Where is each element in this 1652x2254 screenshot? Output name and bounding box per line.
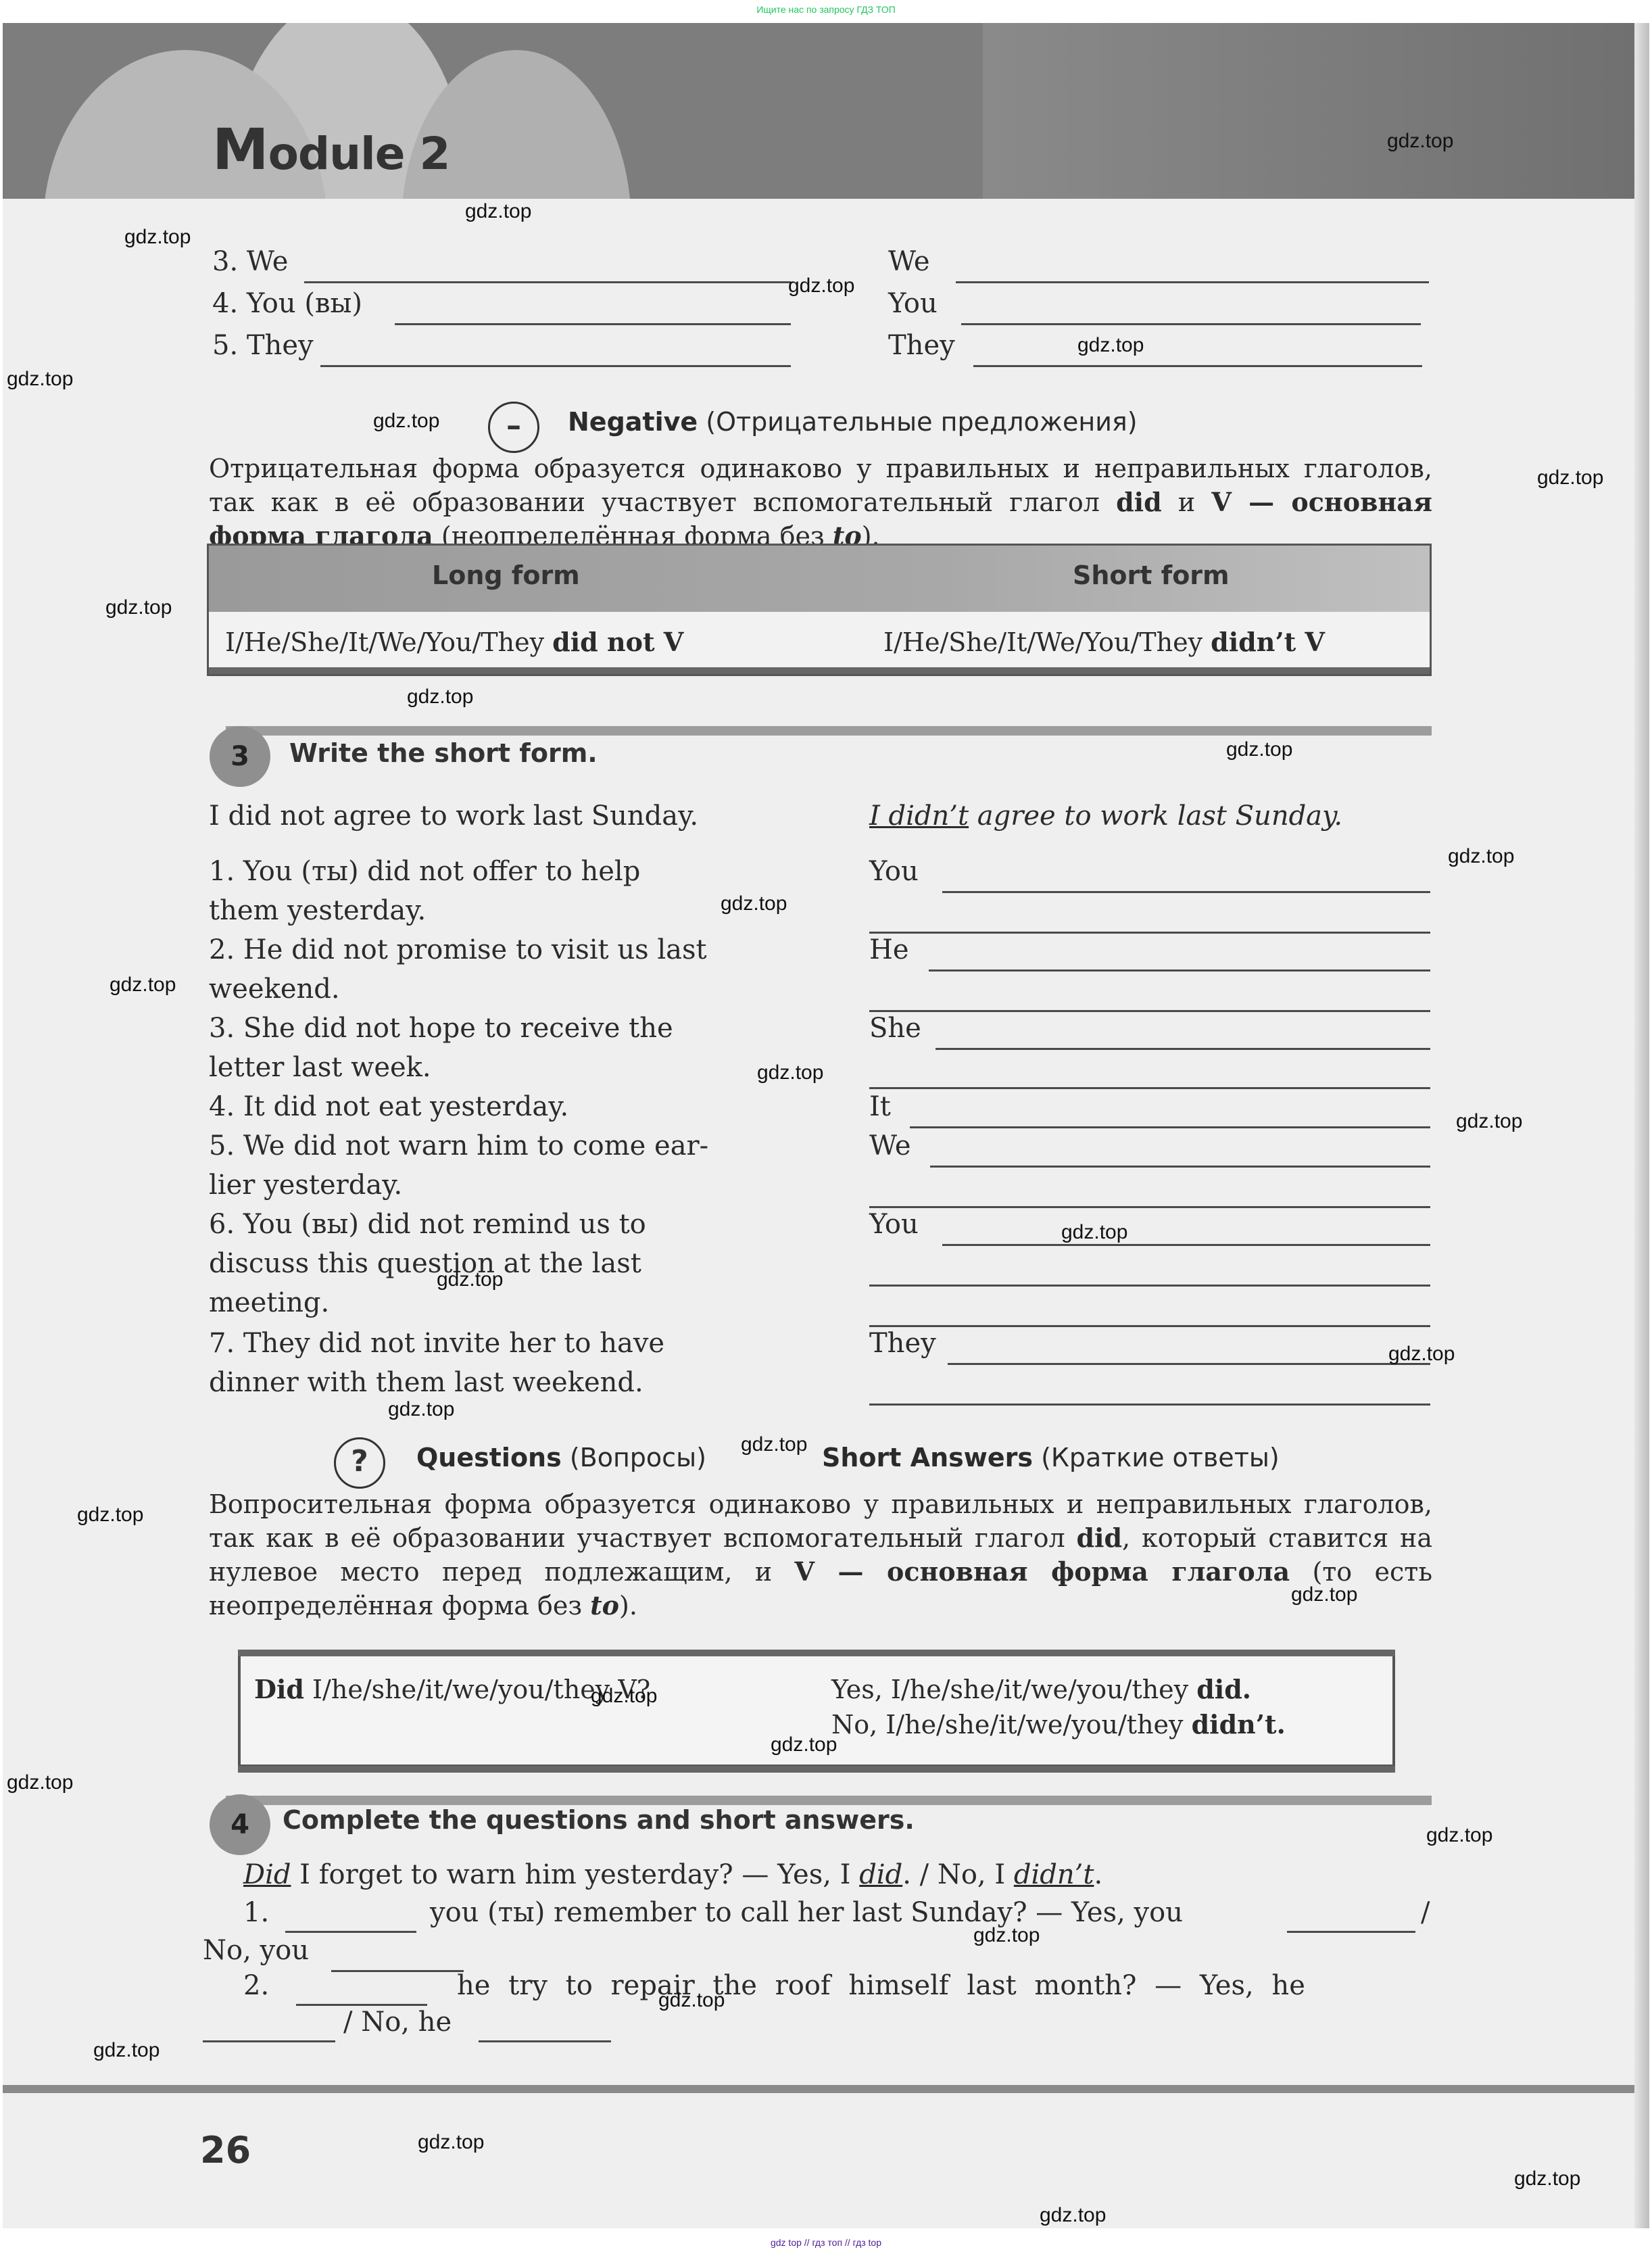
watermark: gdz.top: [1040, 2204, 1106, 2227]
answer-line[interactable]: [869, 1010, 1430, 1012]
answer-line[interactable]: [296, 2004, 427, 2006]
exercise-item: No, you: [203, 1935, 309, 1966]
watermark: gdz.top: [388, 1398, 454, 1421]
exercise-item: letter last week.: [209, 1052, 431, 1083]
answer-subject: It: [869, 1091, 891, 1122]
prev-item-right: You: [888, 288, 938, 319]
answer-line[interactable]: [936, 1048, 1430, 1050]
answer-line[interactable]: [1287, 1931, 1415, 1933]
exercise-item: 1. You (ты) did not offer to help: [209, 856, 640, 887]
exercise-title: Write the short form.: [289, 738, 598, 768]
watermark: gdz.top: [1077, 334, 1144, 357]
watermark: gdz.top: [591, 1685, 657, 1708]
exercise-item: 6. You (вы) did not remind us to: [209, 1209, 646, 1240]
prev-item-left: 4. You (вы): [212, 288, 362, 319]
watermark: gdz.top: [1387, 130, 1453, 153]
exercise-item: / No, he: [343, 2007, 452, 2038]
prev-item-right: They: [888, 330, 955, 361]
watermark: gdz.top: [437, 1268, 503, 1291]
questions-explanation: Вопросительная форма образуется одинаков…: [209, 1487, 1432, 1623]
column-header-short-form: Short form: [1073, 560, 1230, 590]
example-sentence: I did not agree to work last Sunday.: [209, 800, 698, 832]
watermark: gdz.top: [658, 1989, 725, 2012]
column-header-long-form: Long form: [432, 560, 580, 590]
watermark: gdz.top: [465, 200, 531, 223]
answer-line[interactable]: [869, 932, 1430, 934]
long-form-cell: I/He/She/It/We/You/They did not V: [225, 627, 683, 657]
watermark: gdz.top: [973, 1924, 1040, 1947]
exercise-item: 4. It did not eat yesterday.: [209, 1091, 568, 1122]
module-title: Module 2: [212, 116, 450, 183]
answer-line[interactable]: [331, 1970, 464, 1972]
watermark: gdz.top: [1291, 1583, 1357, 1606]
exercise-item: weekend.: [209, 974, 340, 1005]
exercise-item: 5. We did not warn him to come ear-: [209, 1130, 708, 1161]
example-question: Did I forget to warn him yesterday? — Ye…: [243, 1859, 1102, 1890]
watermark: gdz.top: [93, 2039, 160, 2062]
negative-explanation: Отрицательная форма образуется одинаково…: [209, 452, 1432, 553]
answer-line[interactable]: [961, 323, 1421, 325]
watermark: gdz.top: [1456, 1110, 1522, 1133]
answer-line[interactable]: [869, 1404, 1430, 1406]
watermark: gdz.top: [1061, 1221, 1127, 1244]
answer-line[interactable]: [910, 1126, 1430, 1128]
answer-subject: We: [869, 1130, 911, 1161]
answer-subject: They: [869, 1328, 936, 1359]
answer-subject: You: [869, 1209, 919, 1240]
exercise-item-number: 1.: [243, 1897, 269, 1928]
answer-line[interactable]: [942, 1244, 1430, 1246]
page-edge: [1634, 23, 1649, 2228]
answer-line[interactable]: [869, 1087, 1430, 1089]
answer-subject: You: [869, 856, 919, 887]
answer-line[interactable]: [930, 1166, 1430, 1168]
yes-answer-cell: Yes, I/he/she/it/we/you/they did.: [831, 1674, 1251, 1704]
watermark: gdz.top: [1448, 845, 1514, 868]
watermark: gdz.top: [1226, 738, 1292, 761]
short-answers-heading: Short Answers (Краткие ответы): [822, 1443, 1280, 1472]
exercise-divider: [226, 1796, 1432, 1805]
exercise-item: you (ты) remember to call her last Sunda…: [430, 1897, 1183, 1928]
answer-line[interactable]: [395, 323, 791, 325]
watermark: gdz.top: [418, 2131, 484, 2154]
short-form-cell: I/He/She/It/We/You/They didn’t V: [883, 627, 1325, 657]
negative-forms-table: Long form Short form I/He/She/It/We/You/…: [207, 544, 1432, 676]
separator: /: [1421, 1897, 1430, 1928]
answer-line[interactable]: [869, 1325, 1430, 1327]
watermark: gdz.top: [1537, 466, 1603, 489]
exercise-item: 7. They did not invite her to have: [209, 1328, 664, 1359]
exercise-item: 3. She did not hope to receive the: [209, 1013, 673, 1044]
answer-line[interactable]: [869, 1206, 1430, 1208]
watermark: gdz.top: [788, 274, 854, 297]
watermark: gdz.top: [7, 368, 73, 391]
site-footer-banner: gdz top // гдз топ // гдз top: [0, 2231, 1652, 2254]
answer-line[interactable]: [320, 365, 791, 367]
page-number: 26: [200, 2129, 251, 2172]
module-header: Module 2: [3, 23, 1634, 199]
answer-line[interactable]: [479, 2040, 611, 2042]
watermark: gdz.top: [1388, 1343, 1455, 1366]
exercise-item: he try to repair the roof himself last m…: [457, 1970, 1305, 2001]
exercise-title: Complete the questions and short answers…: [283, 1805, 915, 1835]
exercise-item: lier yesterday.: [209, 1170, 402, 1201]
watermark: gdz.top: [373, 410, 439, 433]
exercise-item: dinner with them last weekend.: [209, 1367, 643, 1398]
watermark: gdz.top: [771, 1733, 837, 1756]
negative-heading: Negative (Отрицательные предложения): [568, 407, 1138, 437]
exercise-number-badge: 3: [210, 726, 270, 787]
watermark: gdz.top: [105, 596, 172, 619]
watermark: gdz.top: [77, 1504, 143, 1527]
watermark: gdz.top: [407, 686, 473, 709]
answer-subject: She: [869, 1013, 921, 1044]
search-banner: Ищите нас по запросу ГДЗ ТОП: [0, 0, 1652, 20]
watermark: gdz.top: [741, 1433, 807, 1456]
example-answer: I didn’t agree to work last Sunday.: [869, 800, 1342, 832]
watermark: gdz.top: [1514, 2167, 1580, 2190]
question-circle-icon: ?: [334, 1437, 385, 1489]
exercise-item: 2. He did not promise to visit us last: [209, 934, 707, 965]
exercise-divider: [226, 726, 1432, 736]
answer-line[interactable]: [956, 281, 1429, 283]
minus-circle-icon: –: [488, 402, 539, 453]
answer-line[interactable]: [942, 891, 1430, 893]
workbook-page: Module 2 3. We We 4. You (вы) You 5. The…: [3, 23, 1649, 2228]
exercise-item: them yesterday.: [209, 895, 426, 926]
answer-subject: He: [869, 934, 909, 965]
exercise-item-number: 2.: [243, 1970, 269, 2001]
watermark: gdz.top: [124, 226, 191, 249]
watermark: gdz.top: [757, 1061, 823, 1084]
questions-heading: Questions (Вопросы): [416, 1443, 706, 1472]
answer-line[interactable]: [285, 1931, 416, 1933]
watermark: gdz.top: [1426, 1824, 1492, 1847]
watermark: gdz.top: [110, 974, 176, 997]
exercise-number-badge: 4: [210, 1794, 270, 1855]
prev-item-left: 3. We: [212, 246, 288, 277]
watermark: gdz.top: [7, 1771, 73, 1794]
prev-item-right: We: [888, 246, 930, 277]
answer-line[interactable]: [929, 969, 1430, 972]
exercise-item: discuss this question at the last: [209, 1248, 641, 1279]
prev-item-left: 5. They: [212, 330, 314, 361]
no-answer-cell: No, I/he/she/it/we/you/they didn’t.: [831, 1709, 1286, 1740]
answer-line[interactable]: [304, 281, 791, 283]
answer-line[interactable]: [973, 365, 1422, 367]
answer-line[interactable]: [203, 2040, 335, 2042]
answer-line[interactable]: [869, 1285, 1430, 1287]
watermark: gdz.top: [721, 892, 787, 915]
exercise-item: meeting.: [209, 1287, 329, 1318]
footer-divider: [3, 2085, 1634, 2093]
answer-line[interactable]: [948, 1363, 1430, 1365]
